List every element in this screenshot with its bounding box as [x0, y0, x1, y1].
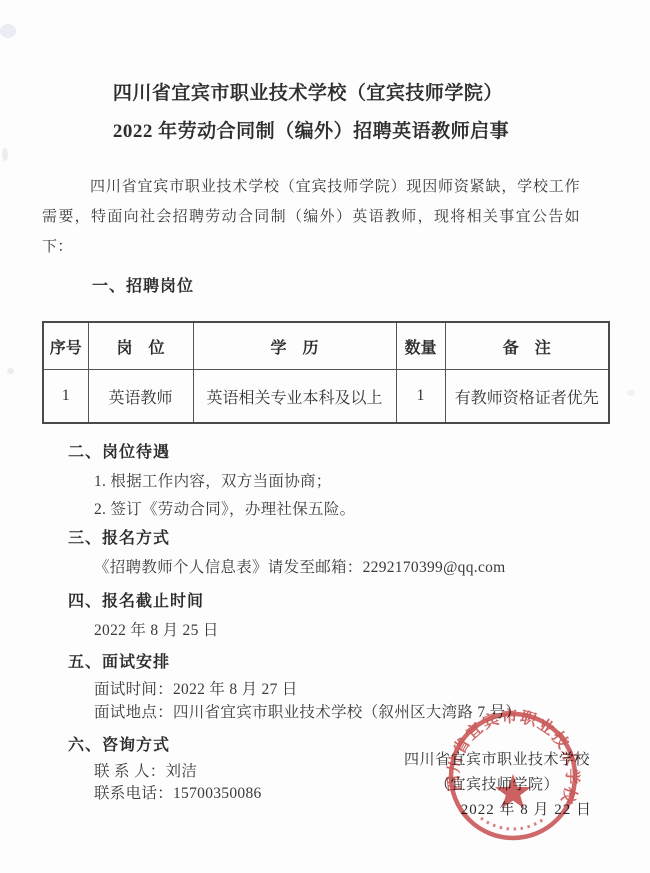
document-title: 四川省宜宾市职业技术学校（宜宾技师学院） 2022 年劳动合同制（编外）招聘英语…	[113, 80, 509, 146]
list-item: 1. 根据工作内容，双方当面协商；	[94, 468, 580, 496]
intro-paragraph: 四川省宜宾市职业技术学校（宜宾技师学院）现因师资紧缺，学校工作需要，特面向社会招…	[42, 172, 580, 262]
col-header-position: 岗 位	[88, 322, 193, 370]
email-line: 《招聘教师个人信息表》请发至邮箱：2292170399@qq.com	[94, 554, 580, 582]
col-header-index: 序号	[43, 322, 88, 370]
section-heading-3: 三、报名方式	[68, 527, 580, 551]
section-2-items: 1. 根据工作内容，双方当面协商； 2. 签订《劳动合同》，办理社保五险。	[94, 468, 580, 524]
col-header-quantity: 数量	[396, 322, 445, 370]
signature-date: 2022 年 8 月 22 日	[402, 798, 592, 823]
section-3-items: 《招聘教师个人信息表》请发至邮箱：2292170399@qq.com	[94, 554, 580, 582]
section-heading-1: 一、招聘岗位	[92, 275, 580, 299]
title-line-2: 2022 年劳动合同制（编外）招聘英语教师启事	[113, 118, 509, 146]
table-header-row: 序号 岗 位 学 历 数量 备 注	[43, 322, 609, 370]
scan-smudge	[0, 24, 16, 38]
title-line-1: 四川省宜宾市职业技术学校（宜宾技师学院）	[113, 80, 509, 108]
table-row: 1 英语教师 英语相关专业本科及以上 1 有教师资格证者优先	[43, 370, 609, 424]
signature-school-name: 四川省宜宾市职业技术学校	[402, 748, 592, 773]
deadline-date: 2022 年 8 月 25 日	[94, 617, 580, 645]
recruitment-notice-document: 四川省宜宾市职业技术学校（宜宾技师学院） 2022 年劳动合同制（编外）招聘英语…	[0, 0, 650, 873]
cell-education: 英语相关专业本科及以上	[193, 370, 396, 424]
section-heading-5: 五、面试安排	[68, 651, 580, 675]
section-heading-4: 四、报名截止时间	[68, 590, 580, 614]
cell-position: 英语教师	[88, 370, 193, 424]
interview-place: 面试地点：四川省宜宾市职业技术学校（叙州区大湾路 7 号）	[94, 701, 580, 724]
scan-smudge	[627, 390, 635, 396]
col-header-education: 学 历	[193, 322, 396, 370]
job-positions-table: 序号 岗 位 学 历 数量 备 注 1 英语教师 英语相关专业本科及以上 1 有…	[42, 321, 610, 424]
cell-index: 1	[43, 370, 88, 424]
scan-smudge	[7, 368, 14, 374]
cell-quantity: 1	[396, 370, 445, 424]
list-item: 2. 签订《劳动合同》，办理社保五险。	[94, 496, 580, 524]
section-4-items: 2022 年 8 月 25 日	[94, 617, 580, 645]
cell-remark: 有教师资格证者优先	[445, 370, 609, 424]
scan-smudge	[2, 148, 8, 161]
section-heading-2: 二、岗位待遇	[68, 441, 580, 465]
col-header-remark: 备 注	[445, 322, 609, 370]
interview-time: 面试时间：2022 年 8 月 27 日	[94, 678, 580, 701]
section-5-items: 面试时间：2022 年 8 月 27 日 面试地点：四川省宜宾市职业技术学校（叙…	[94, 678, 580, 724]
signature-school-alias: （宜宾技师学院）	[402, 773, 592, 798]
signature-block: 四川省宜宾市职业技术学校 （宜宾技师学院） 2022 年 8 月 22 日	[402, 748, 592, 823]
